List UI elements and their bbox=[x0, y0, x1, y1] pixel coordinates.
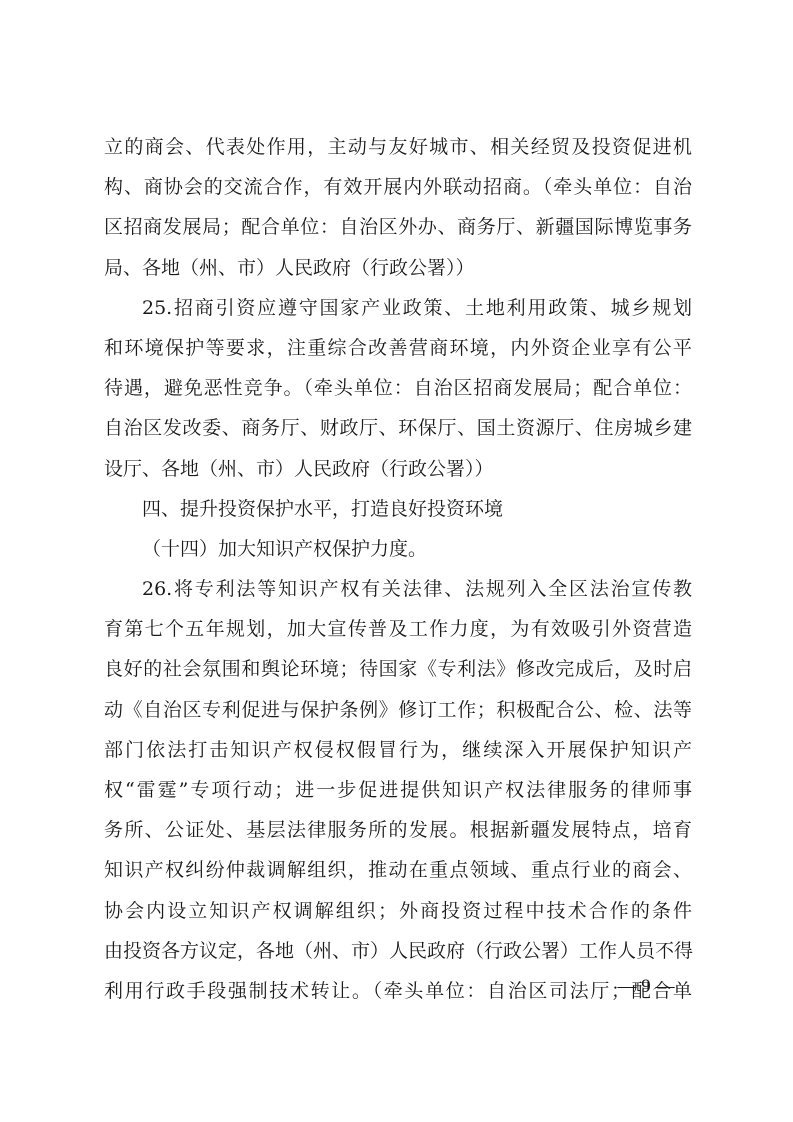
paragraph-item-26: 26.将专利法等知识产权有关法律、法规列入全区法治宣传教 育第七个五年规划，加大… bbox=[104, 569, 692, 1011]
text-line: 协会内设立知识产权调解组织；外商投资过程中技术合作的条件 bbox=[104, 891, 692, 931]
text-line: 立的商会、代表处作用，主动与友好城市、相关经贸及投资促进机 bbox=[104, 127, 692, 167]
text-line: 构、商协会的交流合作，有效开展内外联动招商。（牵头单位：自治 bbox=[104, 167, 692, 207]
document-page: 立的商会、代表处作用，主动与友好城市、相关经贸及投资促进机 构、商协会的交流合作… bbox=[104, 127, 692, 1011]
text-line: 自治区发改委、商务厅、财政厅、环保厅、国土资源厅、住房城乡建 bbox=[104, 408, 692, 448]
section-heading: 四、提升投资保护水平，打造良好投资环境 bbox=[104, 489, 692, 529]
subsection-heading: （十四）加大知识产权保护力度。 bbox=[104, 529, 692, 569]
text-line: 知识产权纠纷仲裁调解组织，推动在重点领域、重点行业的商会、 bbox=[104, 850, 692, 890]
text-line: 区招商发展局；配合单位：自治区外办、商务厅、新疆国际博览事务 bbox=[104, 207, 692, 247]
text-line: 和环境保护等要求，注重综合改善营商环境，内外资企业享有公平 bbox=[104, 328, 692, 368]
text-line: 育第七个五年规划，加大宣传普及工作力度，为有效吸引外资营造 bbox=[104, 609, 692, 649]
text-line: 良好的社会氛围和舆论环境；待国家《专利法》修改完成后，及时启 bbox=[104, 649, 692, 689]
page-number: — 9 — bbox=[600, 976, 692, 998]
paragraph-continuation: 立的商会、代表处作用，主动与友好城市、相关经贸及投资促进机 构、商协会的交流合作… bbox=[104, 127, 692, 288]
text-line: 部门依法打击知识产权侵权假冒行为，继续深入开展保护知识产 bbox=[104, 730, 692, 770]
text-line: 务所、公证处、基层法律服务所的发展。根据新疆发展特点，培育 bbox=[104, 810, 692, 850]
text-line: 权“雷霆”专项行动；进一步促进提供知识产权法律服务的律师事 bbox=[104, 770, 692, 810]
text-line: 25.招商引资应遵守国家产业政策、土地利用政策、城乡规划 bbox=[104, 288, 692, 328]
text-line: 由投资各方议定，各地（州、市）人民政府（行政公署）工作人员不得 bbox=[104, 931, 692, 971]
text-line: 26.将专利法等知识产权有关法律、法规列入全区法治宣传教 bbox=[104, 569, 692, 609]
text-line: 设厅、各地（州、市）人民政府（行政公署）） bbox=[104, 449, 692, 489]
paragraph-item-25: 25.招商引资应遵守国家产业政策、土地利用政策、城乡规划 和环境保护等要求，注重… bbox=[104, 288, 692, 489]
text-line: 动《自治区专利促进与保护条例》修订工作；积极配合公、检、法等 bbox=[104, 690, 692, 730]
text-line: 待遇，避免恶性竞争。（牵头单位：自治区招商发展局；配合单位： bbox=[104, 368, 692, 408]
text-line: 局、各地（州、市）人民政府（行政公署）） bbox=[104, 248, 692, 288]
